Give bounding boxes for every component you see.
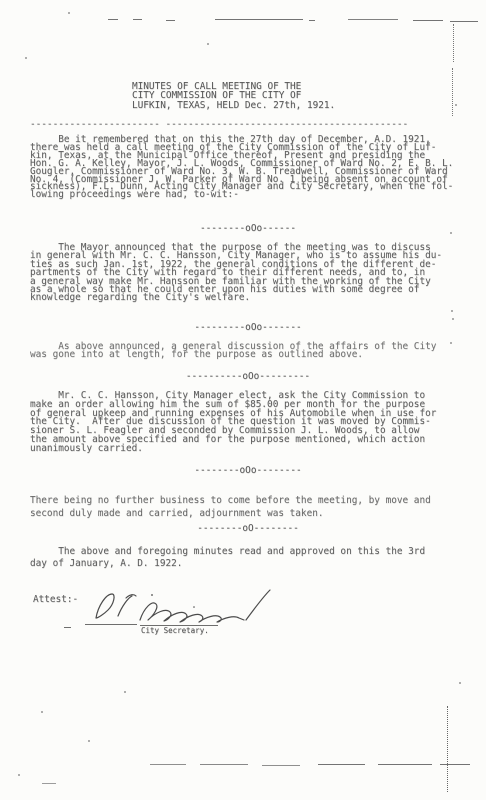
secretary-title-label: City Secretary. xyxy=(141,626,261,635)
section-separator: --------oOo-------- xyxy=(30,467,466,475)
minutes-paragraph-adjournment: There being no further business to come … xyxy=(30,495,466,520)
scan-artifact-right-dots-upper xyxy=(452,68,453,116)
minutes-paragraph-opening: Be it remembered that on this the 27th d… xyxy=(30,136,466,199)
minutes-paragraph-discussion: As above announced, a general discussion… xyxy=(30,343,466,359)
scan-artifact-right-dots-bottom xyxy=(447,706,448,792)
signature-line-dash xyxy=(64,627,71,628)
minutes-paragraph-approval: The above and foregoing minutes read and… xyxy=(30,546,466,569)
document-title: MINUTES OF CALL MEETING OF THE CITY COMM… xyxy=(132,82,452,110)
section-separator: --------oOo------ xyxy=(30,225,466,233)
minutes-paragraph-auto-allowance: Mr. C. C. Hansson, City Manager elect, a… xyxy=(30,392,466,454)
document-page: MINUTES OF CALL MEETING OF THE CITY COMM… xyxy=(0,0,486,800)
scan-artifact-right-dots-top xyxy=(453,24,454,62)
minutes-paragraph-purpose: The Mayor announced that the purpose of … xyxy=(30,244,466,303)
title-rule: ----------------------- ----------------… xyxy=(30,121,466,129)
section-separator: --------oO-------- xyxy=(30,525,466,533)
section-separator: ---------oOo------- xyxy=(30,324,466,332)
section-separator: ----------oOo--------- xyxy=(30,373,466,381)
signature-line xyxy=(85,624,137,625)
